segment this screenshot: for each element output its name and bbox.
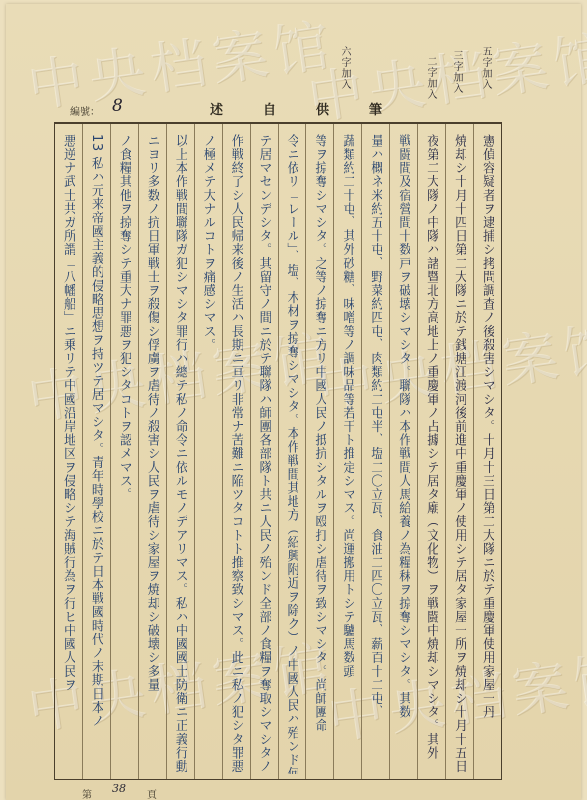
column-text: 等ヲ掠奪シマシタ。之等ノ掠奪ニ方リ中國人民ノ抵抗シタルヲ殴打シ虐待ヲ致シマシタ。… bbox=[313, 124, 326, 774]
margin-annotation: 二字加入 bbox=[423, 56, 438, 100]
column-text: ノ食糧其他ヲ掠奪シテ重大ナ罪悪ヲ犯シタコトヲ認メマス。 bbox=[118, 124, 131, 774]
column-text: ノ極メテ大ナルコトヲ痛感シマス。 bbox=[202, 124, 215, 774]
serial-label: 編號： bbox=[70, 103, 100, 118]
manuscript-column: 蔬類約二十屯、其外砂糖、味噌等ノ調味品等若干ト推定シマス。尚運搬用トシテ驢馬数頭 bbox=[333, 124, 361, 779]
margin-annotation: 六字加入 bbox=[337, 46, 352, 90]
manuscript-grid: 憲偵容疑者ヲ逮捕シ拷問調査ノ後殺害シマシタ。十月十三日第二大隊ニ於テ重慶軍使用家… bbox=[54, 122, 502, 780]
column-text: 令ニ依リ「レール」、塩、木材ヲ掠奪シマシタ。本作戦間其地方（紹興附近ヲ除ク）ノ中… bbox=[285, 124, 298, 774]
page-prefix: 第 bbox=[82, 786, 92, 800]
manuscript-column: 等ヲ掠奪シマシタ。之等ノ掠奪ニ方リ中國人民ノ抵抗シタルヲ殴打シ虐待ヲ致シマシタ。… bbox=[305, 124, 333, 779]
column-text: 量ハ概ネ米約五十屯、野菜約四屯、肉類約二屯半、塩二〇立瓦、食油二四〇立瓦、薪百十… bbox=[369, 124, 382, 774]
column-text: 戦闘間及宿營間十数戸ヲ破壊シマシタ。聯隊ハ本作戦間人馬給養ノ為糧秣ヲ掠奪シマシタ… bbox=[397, 124, 410, 774]
column-text: 作戦終了シ人民帰来後ノ生活ハ長期ニ亘リ非常ナ苦難ニ陥ツタコトト推察致シマス。此ニ… bbox=[230, 124, 243, 774]
manuscript-column: 量ハ概ネ米約五十屯、野菜約四屯、肉類約二屯半、塩二〇立瓦、食油二四〇立瓦、薪百十… bbox=[361, 124, 389, 779]
manuscript-column: 以上本作戦間聯隊ガ犯シマシタ罪行ハ總テ私ノ命令ニ依ルモノデアリマス。私ハ中國國土… bbox=[166, 124, 194, 779]
column-text: ニヨリ多数ノ抗日軍戦士ヲ殺傷シ俘虜ヲ虐待ノ殺害シ人民ヲ虐待シ家屋ヲ焼却シ破壊シ多… bbox=[146, 124, 159, 774]
manuscript-column: 戦闘間及宿營間十数戸ヲ破壊シマシタ。聯隊ハ本作戦間人馬給養ノ為糧秣ヲ掠奪シマシタ… bbox=[389, 124, 417, 779]
column-text: 憲偵容疑者ヲ逮捕シ拷問調査ノ後殺害シマシタ。十月十三日第二大隊ニ於テ重慶軍使用家… bbox=[481, 124, 494, 774]
manuscript-column: 悪逆ナ武士共ガ所謂「八幡船」ニ乗リテ中國沿岸地区ヲ侵略シテ海賊行為ヲ行ヒ中國人民… bbox=[55, 124, 82, 779]
column-text: 夜第二大隊ノ中隊ハ諸暨北方高地上ノ重慶軍ノ占據シテ居タ廟（文化物）ヲ戦闘中焼却シ… bbox=[425, 124, 438, 774]
manuscript-column: 焼却シ十月十四日第二大隊ニ於テ銭塘江渡河後前進中重慶軍ノ使用シテ居タ家屋一所ヲ焼… bbox=[445, 124, 473, 779]
column-text: テ居マセンデシタ。其留守ノ間ニ於テ聯隊ハ師團各部隊ト共ニ人民ノ殆ンド全部ノ食糧ヲ… bbox=[258, 124, 271, 774]
column-text: 以上本作戦間聯隊ガ犯シマシタ罪行ハ總テ私ノ命令ニ依ルモノデアリマス。私ハ中國國土… bbox=[174, 124, 187, 774]
manuscript-column: 13 私ハ元来帝國主義的侵略思想ヲ持ツテ居マシタ。青年時學校ニ於テ日本戦國時代ノ… bbox=[82, 124, 110, 779]
manuscript-column: 憲偵容疑者ヲ逮捕シ拷問調査ノ後殺害シマシタ。十月十三日第二大隊ニ於テ重慶軍使用家… bbox=[473, 124, 501, 779]
manuscript-column: 夜第二大隊ノ中隊ハ諸暨北方高地上ノ重慶軍ノ占據シテ居タ廟（文化物）ヲ戦闘中焼却シ… bbox=[417, 124, 445, 779]
manuscript-column: 令ニ依リ「レール」、塩、木材ヲ掠奪シマシタ。本作戦間其地方（紹興附近ヲ除ク）ノ中… bbox=[278, 124, 306, 779]
column-text: 悪逆ナ武士共ガ所謂「八幡船」ニ乗リテ中國沿岸地区ヲ侵略シテ海賊行為ヲ行ヒ中國人民… bbox=[62, 124, 75, 774]
margin-annotation: 三字加入 bbox=[449, 50, 464, 94]
manuscript-column: ノ極メテ大ナルコトヲ痛感シマス。 bbox=[194, 124, 222, 779]
column-text: 蔬類約二十屯、其外砂糖、味噌等ノ調味品等若干ト推定シマス。尚運搬用トシテ驢馬数頭 bbox=[341, 124, 354, 774]
form-title: 述自供筆 bbox=[210, 99, 422, 118]
column-text: 焼却シ十月十四日第二大隊ニ於テ銭塘江渡河後前進中重慶軍ノ使用シテ居タ家屋一所ヲ焼… bbox=[453, 124, 466, 774]
page-suffix: 頁 bbox=[147, 786, 157, 800]
serial-number: 8 bbox=[112, 96, 123, 116]
page-number: 38 bbox=[112, 782, 126, 795]
margin-annotation: 五字加入 bbox=[478, 46, 493, 90]
manuscript-column: テ居マセンデシタ。其留守ノ間ニ於テ聯隊ハ師團各部隊ト共ニ人民ノ殆ンド全部ノ食糧ヲ… bbox=[250, 124, 278, 779]
manuscript-column: 作戦終了シ人民帰来後ノ生活ハ長期ニ亘リ非常ナ苦難ニ陥ツタコトト推察致シマス。此ニ… bbox=[222, 124, 250, 779]
manuscript-column: ノ食糧其他ヲ掠奪シテ重大ナ罪悪ヲ犯シタコトヲ認メマス。 bbox=[110, 124, 138, 779]
column-text: 13 私ハ元来帝國主義的侵略思想ヲ持ツテ居マシタ。青年時學校ニ於テ日本戦國時代ノ… bbox=[90, 124, 103, 774]
manuscript-column: ニヨリ多数ノ抗日軍戦士ヲ殺傷シ俘虜ヲ虐待ノ殺害シ人民ヲ虐待シ家屋ヲ焼却シ破壊シ多… bbox=[138, 124, 166, 779]
